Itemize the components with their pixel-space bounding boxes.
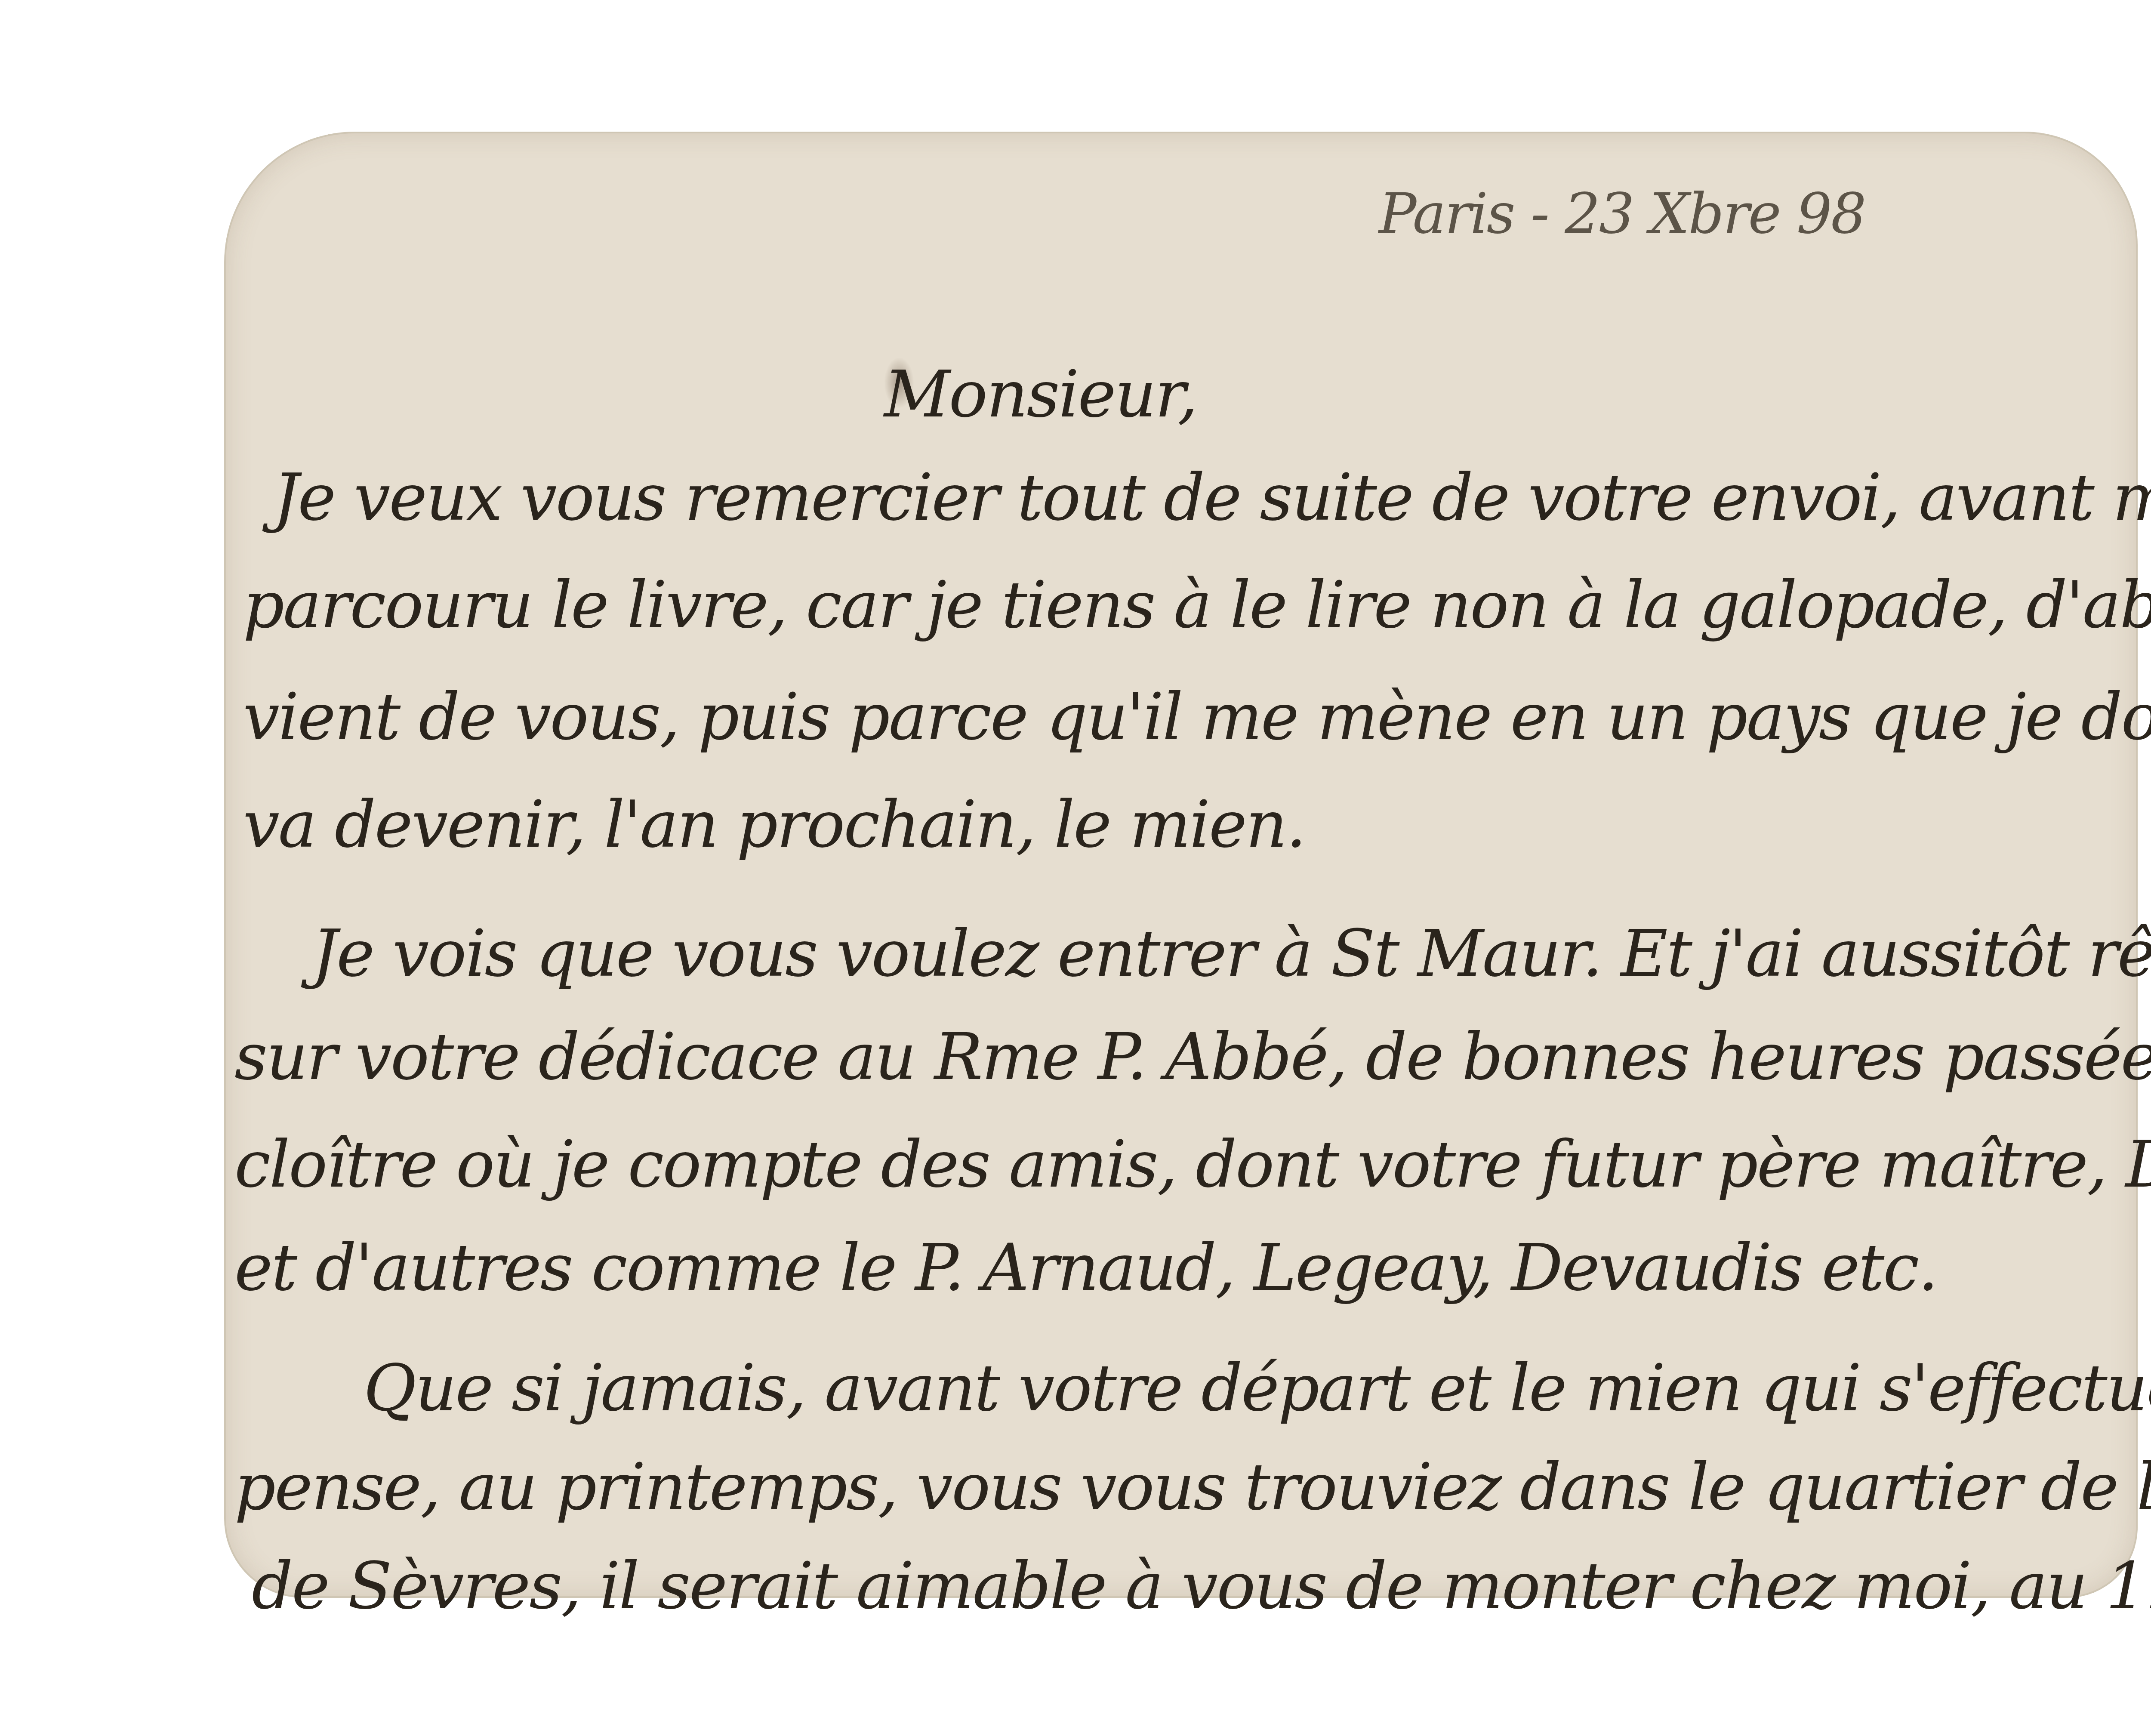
letter-line-3: vient de vous, puis parce qu'il me mène … [243,680,2151,755]
letter-line-7: cloître où je compte des amis, dont votr… [234,1127,2151,1202]
letter-line-6: sur votre dédicace au Rme P. Abbé, de bo… [234,1020,2151,1095]
letter-line-1: Je veux vous remercier tout de suite de … [273,460,2151,535]
letter-salutation: Monsieur, [884,357,1197,432]
letter-line-5: Je vois que vous voulez entrer à St Maur… [312,916,2151,991]
letter-date: Paris - 23 Xbre 98 [1379,181,1865,246]
letter-card: Paris - 23 Xbre 98 Monsieur, Je veux vou… [226,133,2136,1596]
letter-line-9: Que si jamais, avant votre départ et le … [364,1351,2151,1426]
letter-line-10: pense, au printemps, vous vous trouviez … [234,1450,2151,1525]
letter-line-4: va devenir, l'an prochain, le mien. [243,787,1305,862]
letter-line-2: parcouru le livre, car je tiens à le lir… [243,568,2151,643]
letter-line-8: et d'autres comme le P. Arnaud, Legeay, … [234,1230,1937,1305]
letter-line-11: de Sèvres, il serait aimable à vous de m… [252,1549,2151,1624]
